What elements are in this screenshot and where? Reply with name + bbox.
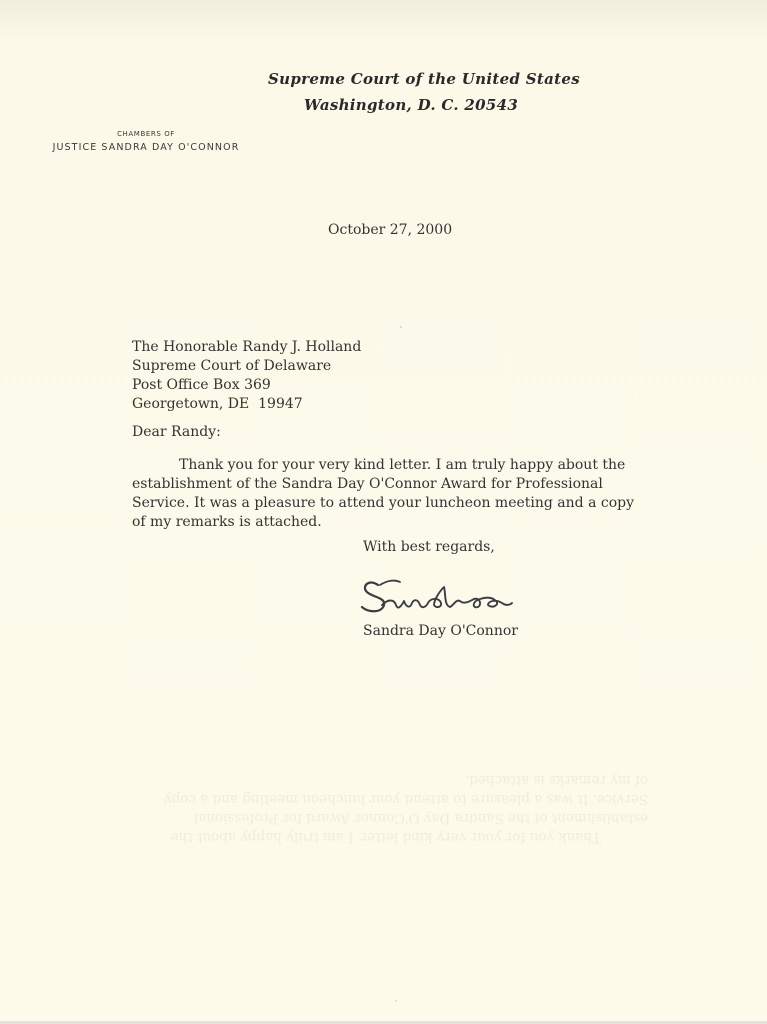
recipient-name: The Honorable Randy J. Holland	[132, 338, 361, 357]
bleed-line: establishment of the Sandra Day O'Connor…	[128, 808, 648, 827]
recipient-address-line2: Georgetown, DE 19947	[132, 395, 361, 414]
paper-speck	[400, 326, 402, 328]
letterhead-court-name: Supreme Court of the United States	[268, 70, 580, 88]
recipient-address: The Honorable Randy J. Holland Supreme C…	[132, 338, 361, 414]
salutation: Dear Randy:	[132, 424, 221, 440]
letterhead-location: Washington, D. C. 20543	[304, 96, 518, 114]
signature-icon	[360, 575, 520, 625]
chambers-justice-name: JUSTICE SANDRA DAY O'CONNOR	[52, 141, 240, 155]
recipient-court: Supreme Court of Delaware	[132, 357, 361, 376]
bleed-line: Service. It was a pleasure to attend you…	[128, 789, 648, 808]
chambers-label: CHAMBERS OF	[52, 129, 240, 139]
body-line: establishment of the Sandra Day O'Connor…	[132, 475, 652, 494]
reverse-side-bleed-through: Thank you for your very kind letter. I a…	[128, 770, 648, 846]
letter-date: October 27, 2000	[328, 222, 452, 238]
body-line: of my remarks is attached.	[132, 513, 652, 532]
bleed-line: of my remarks is attached.	[128, 770, 648, 789]
body-line: Thank you for your very kind letter. I a…	[132, 456, 652, 475]
letter-page: Supreme Court of the United States Washi…	[0, 0, 767, 1024]
letter-body: Thank you for your very kind letter. I a…	[132, 456, 652, 532]
paper-speck	[395, 1000, 397, 1002]
body-line: Service. It was a pleasure to attend you…	[132, 494, 652, 513]
bleed-line: Thank you for your very kind letter. I a…	[128, 827, 648, 846]
closing: With best regards,	[363, 539, 495, 555]
recipient-address-line1: Post Office Box 369	[132, 376, 361, 395]
chambers-block: CHAMBERS OF JUSTICE SANDRA DAY O'CONNOR	[52, 129, 240, 155]
handwritten-signature	[360, 575, 520, 625]
typed-signature-name: Sandra Day O'Connor	[363, 623, 518, 639]
